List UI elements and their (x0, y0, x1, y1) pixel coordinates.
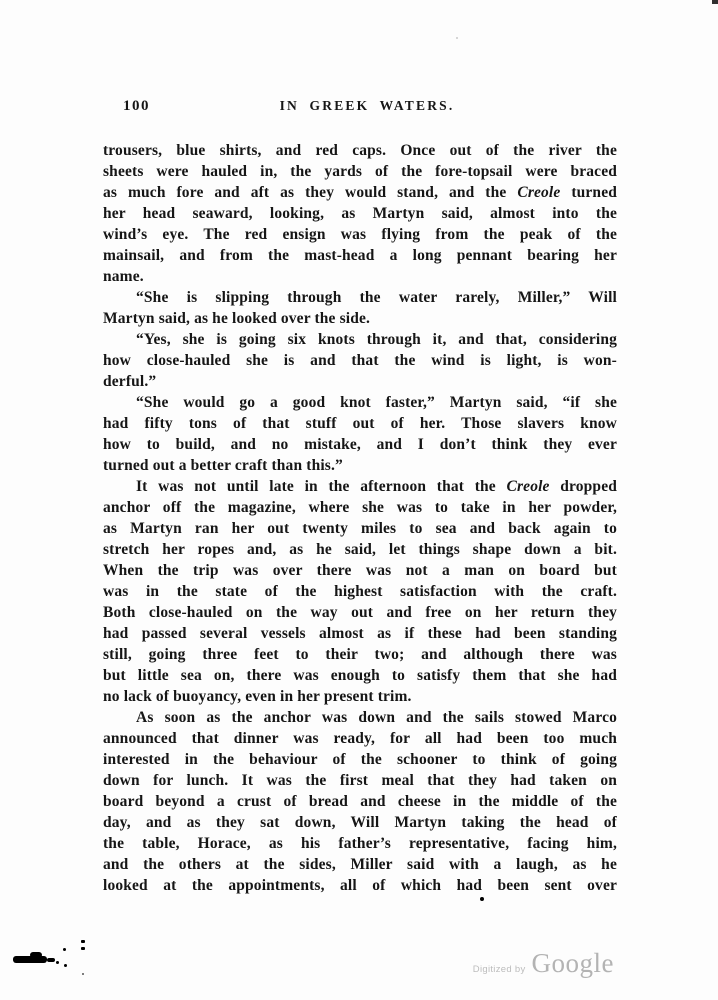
scan-corner-artifact (712, 0, 718, 4)
ink-speck-artifact (82, 973, 84, 975)
ink-speck-artifact (63, 948, 66, 951)
ink-speck-artifact (81, 940, 85, 943)
text-line: had fifty tons of that stuff out of her.… (103, 413, 617, 434)
text-line: board beyond a crust of bread and cheese… (103, 791, 617, 812)
text-line: still, going three feet to their two; an… (103, 644, 617, 665)
ink-speck-artifact (56, 961, 59, 964)
text-line: down for lunch. It was the first meal th… (103, 770, 617, 791)
google-logo: Google (532, 948, 614, 979)
text-line: but little sea on, there was enough to s… (103, 665, 617, 686)
text-line: wind’s eye. The red ensign was flying fr… (103, 224, 617, 245)
text-line: no lack of buoyancy, even in her present… (103, 686, 617, 707)
ink-speck-artifact (64, 964, 67, 967)
paragraph: As soon as the anchor was down and the s… (103, 707, 617, 896)
text-line: had passed several vessels almost as if … (103, 623, 617, 644)
page-content: 100 IN GREEK WATERS. trousers, blue shir… (103, 98, 617, 896)
text-line: and the others at the sides, Miller said… (103, 854, 617, 875)
text-line: interested in the behaviour of the schoo… (103, 749, 617, 770)
text-line: as much fore and aft as they would stand… (103, 182, 617, 203)
text-line: name. (103, 266, 617, 287)
text-line: anchor off the magazine, where she was t… (103, 497, 617, 518)
ink-smudge-artifact (30, 952, 42, 958)
text-line: was in the state of the highest satisfac… (103, 581, 617, 602)
digitization-watermark: Digitized by Google (473, 948, 614, 979)
page-number: 100 (123, 98, 150, 115)
scanned-book-page: 100 IN GREEK WATERS. trousers, blue shir… (0, 0, 718, 1000)
text-line: looked at the appointments, all of which… (103, 875, 617, 896)
text-line: derful.” (103, 371, 617, 392)
text-line: sheets were hauled in, the yards of the … (103, 161, 617, 182)
digitized-by-label: Digitized by (473, 964, 526, 975)
text-line: It was not until late in the afternoon t… (103, 476, 617, 497)
text-line: mainsail, and from the mast-head a long … (103, 245, 617, 266)
text-line: When the trip was over there was not a m… (103, 560, 617, 581)
paragraph: trousers, blue shirts, and red caps. Onc… (103, 140, 617, 287)
text-line: “Yes, she is going six knots through it,… (103, 329, 617, 350)
text-line: how close-hauled she is and that the win… (103, 350, 617, 371)
text-line: As soon as the anchor was down and the s… (103, 707, 617, 728)
text-line: “She would go a good knot faster,” Marty… (103, 392, 617, 413)
text-line: day, and as they sat down, Will Martyn t… (103, 812, 617, 833)
text-line: Martyn said, as he looked over the side. (103, 308, 617, 329)
text-line: Both close-hauled on the way out and fre… (103, 602, 617, 623)
text-line: as Martyn ran her out twenty miles to se… (103, 518, 617, 539)
text-line: announced that dinner was ready, for all… (103, 728, 617, 749)
paragraph: “She would go a good knot faster,” Marty… (103, 392, 617, 476)
scan-speck-artifact (456, 37, 458, 39)
page-text: trousers, blue shirts, and red caps. Onc… (103, 140, 617, 896)
text-line: how to build, and no mistake, and I don’… (103, 434, 617, 455)
text-line: trousers, blue shirts, and red caps. Onc… (103, 140, 617, 161)
scan-dot-artifact (480, 897, 484, 901)
page-header: 100 IN GREEK WATERS. (103, 98, 617, 116)
paragraph: It was not until late in the afternoon t… (103, 476, 617, 707)
text-line: the table, Horace, as his father’s repre… (103, 833, 617, 854)
paragraph: “She is slipping through the water rarel… (103, 287, 617, 329)
text-line: her head seaward, looking, as Martyn sai… (103, 203, 617, 224)
text-line: “She is slipping through the water rarel… (103, 287, 617, 308)
ink-smudge-artifact (47, 958, 55, 962)
paragraph: “Yes, she is going six knots through it,… (103, 329, 617, 392)
text-line: stretch her ropes and, as he said, let t… (103, 539, 617, 560)
running-title: IN GREEK WATERS. (103, 98, 617, 114)
ink-speck-artifact (81, 947, 85, 950)
text-line: turned out a better craft than this.” (103, 455, 617, 476)
